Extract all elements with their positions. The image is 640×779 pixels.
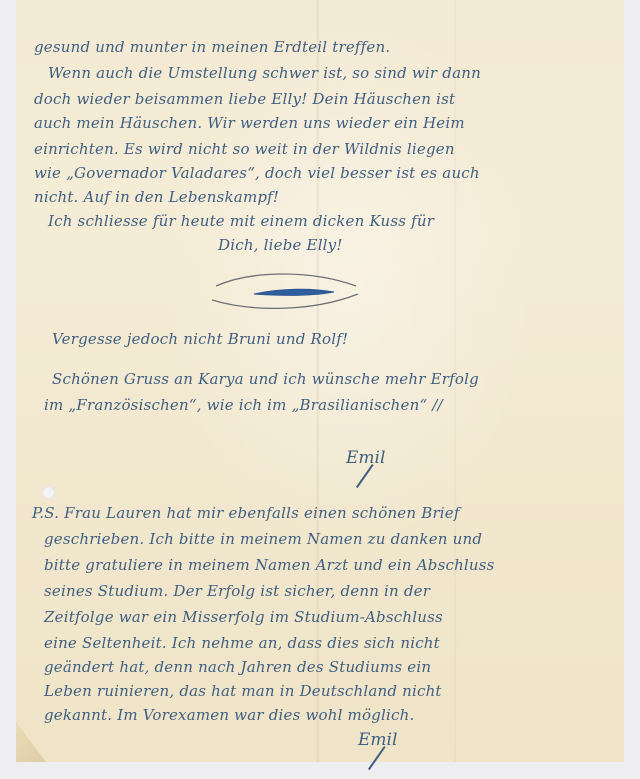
letter-line: nicht. Auf in den Lebenskampf! (34, 188, 279, 206)
letter-line: Ich schliesse für heute mit einem dicken… (48, 212, 434, 230)
letter-line: gesund und munter in meinen Erdteil tref… (34, 38, 390, 56)
signature: Emil (358, 730, 397, 750)
letter-line: doch wieder beisammen liebe Elly! Dein H… (34, 90, 455, 108)
ps-line: geschrieben. Ich bitte in meinem Namen z… (44, 530, 482, 548)
ps-line: gekannt. Im Vorexamen war dies wohl mögl… (44, 706, 414, 724)
letter-line: Vergesse jedoch nicht Bruni und Rolf! (52, 330, 348, 348)
signature: Emil (346, 448, 385, 468)
ps-line: Leben ruinieren, das hat man in Deutschl… (44, 682, 442, 700)
ps-line: eine Seltenheit. Ich nehme an, dass dies… (44, 634, 440, 652)
letter-line: im „Französischen“, wie ich im „Brasilia… (44, 396, 443, 414)
letter-line: Wenn auch die Umstellung schwer ist, so … (48, 64, 481, 82)
letter-line: Schönen Gruss an Karya und ich wünsche m… (52, 370, 479, 388)
kiss-lips-drawing (212, 272, 362, 312)
ps-line: P.S. Frau Lauren hat mir ebenfalls einen… (32, 504, 460, 522)
ps-line: Zeitfolge war ein Misserfolg im Studium-… (44, 608, 443, 626)
letter-line: auch mein Häuschen. Wir werden uns wiede… (34, 114, 465, 132)
letter-line: einrichten. Es wird nicht so weit in der… (34, 140, 455, 158)
punch-hole (42, 486, 55, 499)
letter-line: wie „Governador Valadares“, doch viel be… (34, 164, 480, 182)
ps-line: bitte gratuliere in meinem Namen Arzt un… (44, 556, 495, 574)
letter-line: Dich, liebe Elly! (218, 236, 343, 254)
ps-line: geändert hat, denn nach Jahren des Studi… (44, 658, 431, 676)
ps-line: seines Studium. Der Erfolg ist sicher, d… (44, 582, 430, 600)
